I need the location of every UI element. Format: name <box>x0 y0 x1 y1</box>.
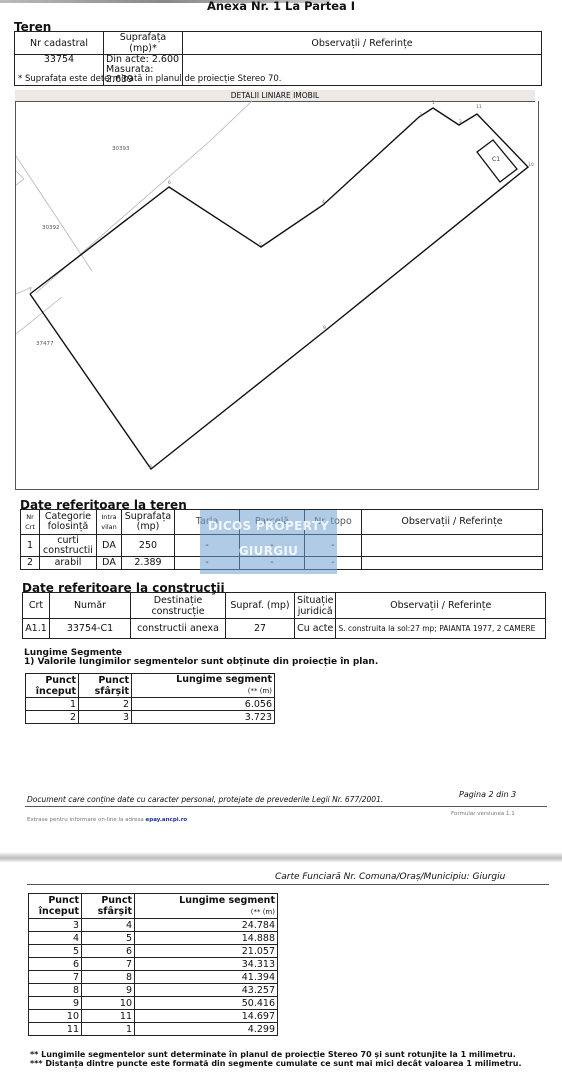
segment-table-page1: Punct început Punct sfârșit Lungime segm… <box>25 673 275 724</box>
header-suprafata: Suprafața (mp) <box>122 510 175 535</box>
cell-lungime: 14.697 <box>135 1010 278 1023</box>
neighbor-label-37477: 37477 <box>36 341 54 347</box>
point-label-6: 6 <box>168 181 171 186</box>
extract-text: Extrase pentru informare on-line la adre… <box>27 817 144 823</box>
header-lungime-segment: Lungime segment(** (m) <box>132 674 275 698</box>
point-label-8: 8 <box>149 465 152 470</box>
cell-observatii: S. construita la sol:27 mp; PAIANTA 1977… <box>336 619 546 639</box>
cell-punct-sfarsit: 1 <box>82 1023 135 1036</box>
cell-punct-inceput: 5 <box>29 945 82 958</box>
cell-lungime: 4.299 <box>135 1023 278 1036</box>
table-row: 233.723 <box>26 711 275 724</box>
watermark-line2: GIURGIU <box>200 544 337 558</box>
point-label-10: 10 <box>528 163 534 168</box>
cell-punct-sfarsit: 6 <box>82 945 135 958</box>
header-numar: Număr <box>50 593 131 619</box>
cell-punct-inceput: 11 <box>29 1023 82 1036</box>
header-nr-cadastral: Nr cadastral <box>15 32 104 55</box>
table-row: 126.056 <box>26 698 275 711</box>
cell-categorie: curti constructii <box>40 535 97 557</box>
cell-suprafata: 2.389 <box>122 557 175 570</box>
page-separator <box>0 852 562 862</box>
form-version: Formular versiunea 1.1 <box>451 811 515 817</box>
extract-notice: Extrase pentru informare on-line la adre… <box>27 817 187 823</box>
point-label-9: 9 <box>323 326 326 331</box>
epay-link[interactable]: epay.ancpi.ro <box>146 817 188 823</box>
header-lungime-unit: (** (m) <box>248 687 272 695</box>
cell-categorie: arabil <box>40 557 97 570</box>
cadastral-plan: 30393 30392 37477 C1 1 2 3 4 5 6 7 8 9 1… <box>15 101 539 490</box>
cell-punct-sfarsit: 11 <box>82 1010 135 1023</box>
cell-punct-inceput: 4 <box>29 932 82 945</box>
table-row: 3424.784 <box>29 919 278 932</box>
cell-punct-inceput: 1 <box>26 698 79 711</box>
table-row: A1.1 33754-C1 constructii anexa 27 Cu ac… <box>23 619 546 639</box>
neighbor-label-30393: 30393 <box>112 146 130 152</box>
cell-lungime: 24.784 <box>135 919 278 932</box>
table-row: 6734.313 <box>29 958 278 971</box>
cell-lungime: 50.416 <box>135 997 278 1010</box>
watermark-line1: DICOS PROPERTY <box>200 519 337 533</box>
table-row: 8943.257 <box>29 984 278 997</box>
cell-supraf: 27 <box>226 619 295 639</box>
header-lungime-unit: (** (m) <box>251 908 275 916</box>
header-crt: Crt <box>23 593 50 619</box>
plan-drawing <box>16 101 538 489</box>
cell-suprafata: 250 <box>122 535 175 557</box>
page-number: Pagina 2 din 3 <box>459 790 516 799</box>
cell-nr: 1 <box>21 535 40 557</box>
header-observatii: Observații / Referințe <box>362 510 543 535</box>
legal-notice: Document care conține date cu caracter p… <box>27 795 383 804</box>
point-label-4: 4 <box>322 200 325 205</box>
cell-punct-sfarsit: 9 <box>82 984 135 997</box>
header-suprafata: Suprafața (mp)* <box>104 32 183 55</box>
cell-nr: 2 <box>21 557 40 570</box>
table-row: 1114.299 <box>29 1023 278 1036</box>
segment-footnote-1: ** Lungimile segmentelor sunt determinat… <box>30 1050 516 1059</box>
cell-punct-inceput: 7 <box>29 971 82 984</box>
table-row: 4514.888 <box>29 932 278 945</box>
date-constructii-table: Crt Număr Destinație construcție Supraf.… <box>22 592 546 639</box>
point-label-2: 2 <box>459 120 462 125</box>
header-supraf: Supraf. (mp) <box>226 593 295 619</box>
point-label-3: 3 <box>419 113 422 118</box>
teren-footnote: * Suprafața este determinată in planul d… <box>18 74 282 84</box>
cell-punct-sfarsit: 5 <box>82 932 135 945</box>
cell-lungime: 43.257 <box>135 984 278 997</box>
segment-footnote-2: *** Distanța dintre puncte este formată … <box>30 1059 522 1068</box>
cell-punct-sfarsit: 8 <box>82 971 135 984</box>
header-punct-inceput: Punct început <box>26 674 79 698</box>
point-label-11: 11 <box>476 105 482 110</box>
cell-lungime: 3.723 <box>132 711 275 724</box>
cell-punct-sfarsit: 10 <box>82 997 135 1010</box>
cell-numar: 33754-C1 <box>50 619 131 639</box>
cell-punct-inceput: 10 <box>29 1010 82 1023</box>
point-label-7: 7 <box>29 288 32 293</box>
header-lungime-label: Lungime segment <box>179 895 275 906</box>
table-row: 7841.394 <box>29 971 278 984</box>
cell-punct-sfarsit: 7 <box>82 958 135 971</box>
table-row: 101114.697 <box>29 1010 278 1023</box>
cell-punct-sfarsit: 3 <box>79 711 132 724</box>
cell-crt: A1.1 <box>23 619 50 639</box>
cell-punct-inceput: 8 <box>29 984 82 997</box>
cell-intravilan: DA <box>97 557 122 570</box>
header-observatii: Observații / Referințe <box>183 32 542 55</box>
cell-punct-inceput: 6 <box>29 958 82 971</box>
segment-table-page2: Punct început Punct sfârșit Lungime segm… <box>28 893 278 1036</box>
point-label-1: 1 <box>432 101 435 106</box>
header-punct-sfarsit: Punct sfârșit <box>79 674 132 698</box>
header-situatie: Situație juridică <box>295 593 336 619</box>
table-row: 5621.057 <box>29 945 278 958</box>
cell-lungime: 6.056 <box>132 698 275 711</box>
header-categorie: Categorie folosință <box>40 510 97 535</box>
cell-lungime: 14.888 <box>135 932 278 945</box>
header-punct-inceput: Punct început <box>29 894 82 919</box>
cell-observatii <box>362 535 543 557</box>
header-lungime-label: Lungime segment <box>176 674 272 685</box>
annex-title: Anexa Nr. 1 La Partea I <box>0 0 562 13</box>
point-label-5: 5 <box>259 243 262 248</box>
header-nr-crt: Nr Crt <box>21 510 40 535</box>
cell-destinatie: constructii anexa <box>131 619 226 639</box>
cell-intravilan: DA <box>97 535 122 557</box>
cell-situatie: Cu acte <box>295 619 336 639</box>
cell-observatii <box>362 557 543 570</box>
cell-punct-sfarsit: 2 <box>79 698 132 711</box>
header-intravilan: Intra vilan <box>97 510 122 535</box>
cell-punct-sfarsit: 4 <box>82 919 135 932</box>
footer-divider <box>25 806 547 807</box>
header-lungime-segment: Lungime segment(** (m) <box>135 894 278 919</box>
cell-lungime: 34.313 <box>135 958 278 971</box>
carte-funciara-header: Carte Funciară Nr. Comuna/Oraș/Municipiu… <box>275 872 505 882</box>
cell-punct-inceput: 2 <box>26 711 79 724</box>
lungime-note: 1) Valorile lungimilor segmentelor sunt … <box>24 657 378 667</box>
cell-punct-inceput: 9 <box>29 997 82 1010</box>
header-observatii: Observații / Referințe <box>336 593 546 619</box>
cell-lungime: 21.057 <box>135 945 278 958</box>
header-punct-sfarsit: Punct sfârșit <box>82 894 135 919</box>
header-divider <box>27 884 549 885</box>
neighbor-label-30392: 30392 <box>42 225 60 231</box>
building-label-c1: C1 <box>492 156 500 163</box>
cell-punct-inceput: 3 <box>29 919 82 932</box>
cell-lungime: 41.394 <box>135 971 278 984</box>
header-destinatie: Destinație construcție <box>131 593 226 619</box>
table-row: 91050.416 <box>29 997 278 1010</box>
